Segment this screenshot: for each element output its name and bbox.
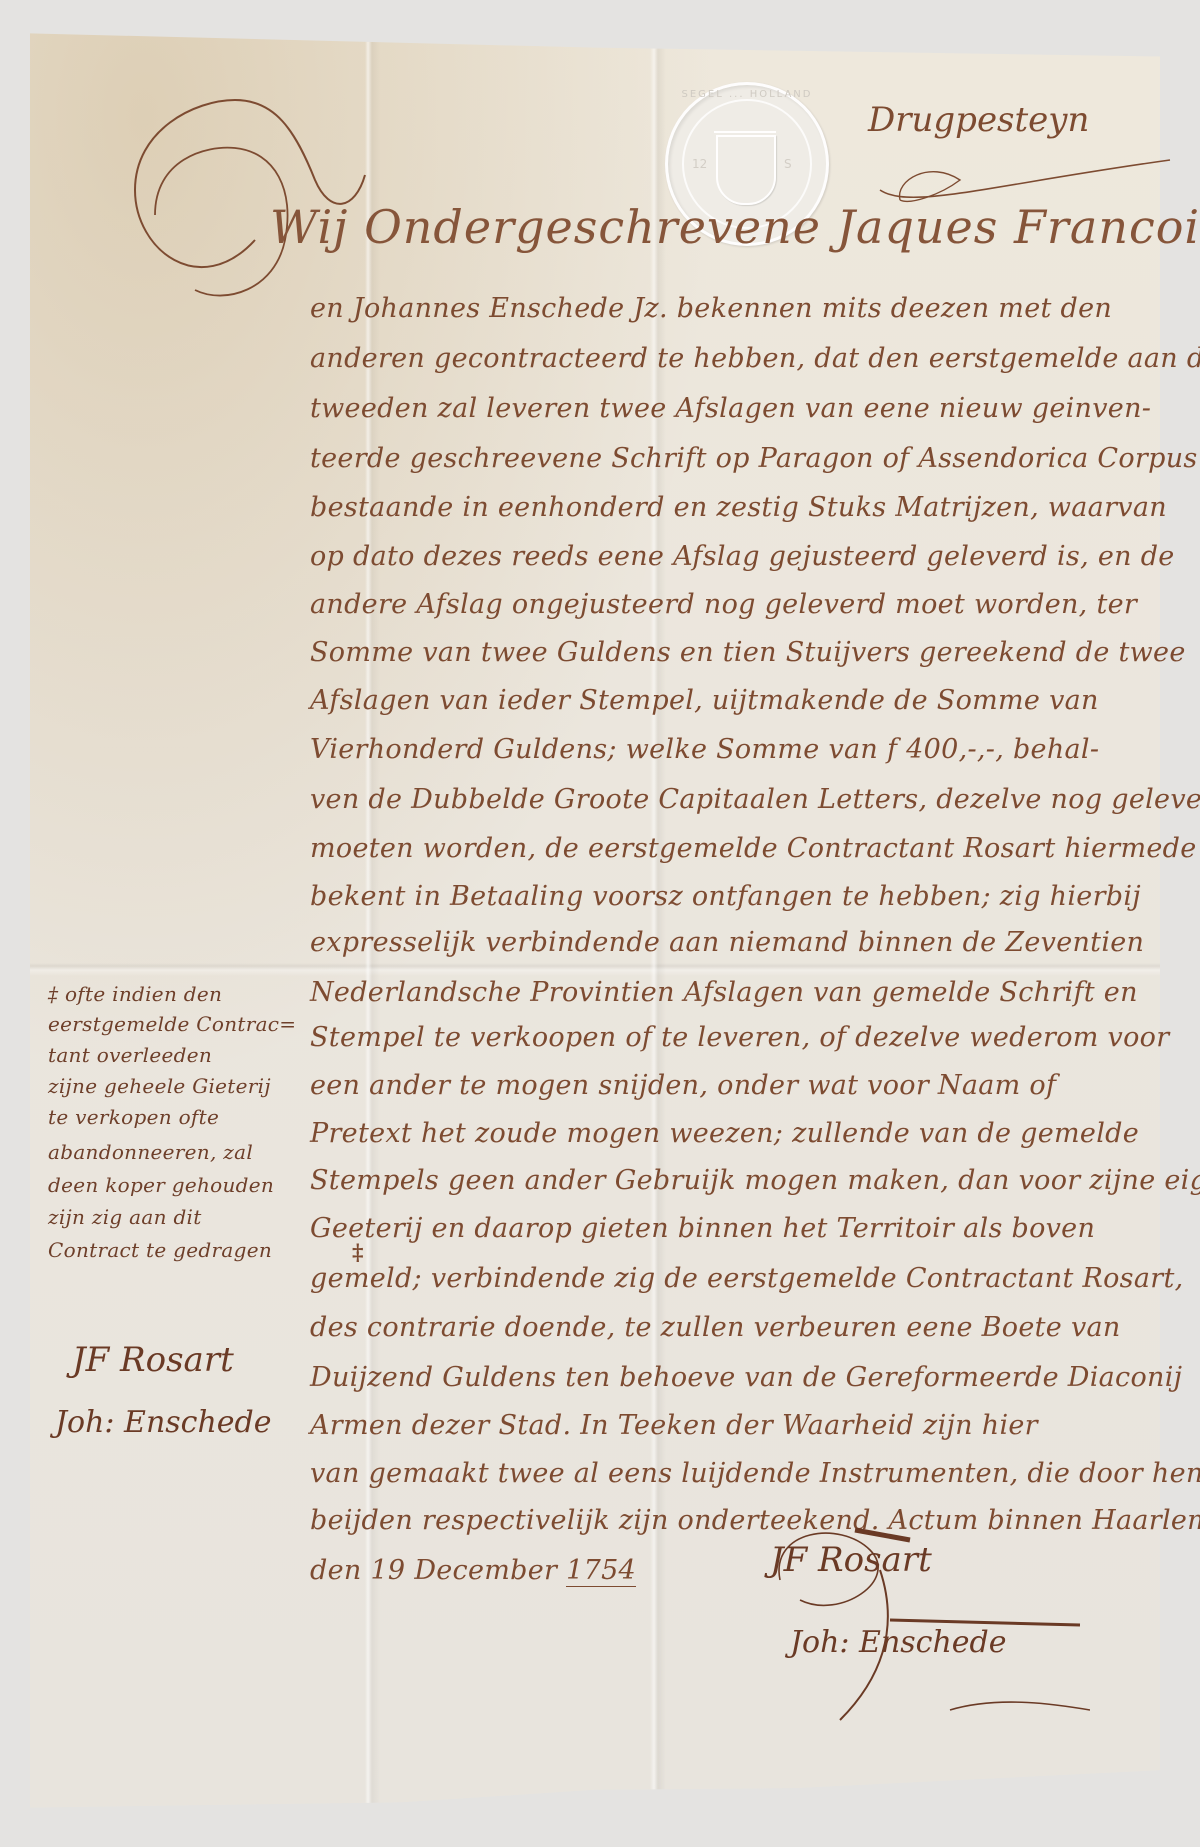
body-line: bestaande in eenhonderd en zestig Stuks … bbox=[310, 492, 1167, 523]
top-annotation: Drugpesteyn bbox=[868, 100, 1089, 140]
body-line: een ander te mogen snijden, onder wat vo… bbox=[310, 1070, 1056, 1101]
margin-note-line: zijn zig aan dit bbox=[48, 1205, 202, 1229]
lion-shield-icon bbox=[716, 135, 776, 205]
date-line: den 19 December 1754 bbox=[310, 1555, 636, 1586]
body-line: Nederlandsche Provintien Afslagen van ge… bbox=[310, 977, 1138, 1008]
margin-note-line: Contract te gedragen bbox=[48, 1238, 272, 1262]
body-line: bekent in Betaaling voorsz ontfangen te … bbox=[310, 881, 1141, 912]
body-line: expresselijk verbindende aan niemand bin… bbox=[310, 927, 1144, 958]
margin-note-line: eerstgemelde Contrac= bbox=[48, 1012, 296, 1036]
body-line: Duijzend Guldens ten behoeve van de Gere… bbox=[310, 1362, 1182, 1393]
body-line: andere Afslag ongejusteerd nog geleverd … bbox=[310, 589, 1137, 620]
body-line: Somme van twee Guldens en tien Stuijvers… bbox=[310, 637, 1186, 668]
body-line: en Johannes Enschede Jz. bekennen mits d… bbox=[310, 293, 1112, 324]
document-heading: Wij Ondergeschrevene Jaques Francois Ros… bbox=[270, 200, 1200, 254]
body-line: gemeld; verbindende zig de eerstgemelde … bbox=[310, 1263, 1183, 1294]
seal-legend: SEGEL ... HOLLAND bbox=[668, 89, 826, 100]
body-line: van gemaakt twee al eens luijdende Instr… bbox=[310, 1458, 1200, 1489]
body-line: Vierhonderd Guldens; welke Somme van f 4… bbox=[310, 734, 1099, 765]
body-line: Pretext het zoude mogen weezen; zullende… bbox=[310, 1118, 1139, 1149]
body-line: Stempels geen ander Gebruijk mogen maken… bbox=[310, 1165, 1200, 1196]
body-line: Stempel te verkoopen of te leveren, of d… bbox=[310, 1022, 1169, 1053]
date-day: 19 bbox=[370, 1555, 405, 1586]
date-year: 1754 bbox=[566, 1555, 636, 1587]
margin-note-line: tant overleeden bbox=[48, 1043, 212, 1067]
margin-signature-enschede: Joh: Enschede bbox=[55, 1405, 272, 1440]
seal-value-left: 12 bbox=[692, 157, 707, 171]
date-month: December bbox=[414, 1555, 557, 1586]
body-line: tweeden zal leveren twee Afslagen van ee… bbox=[310, 393, 1151, 424]
flourish-ornament bbox=[115, 90, 395, 300]
margin-note-line: zijne geheele Gieterij bbox=[48, 1074, 271, 1098]
insertion-marker: ‡ bbox=[352, 1240, 364, 1266]
body-line: Geeterij en daarop gieten binnen het Ter… bbox=[310, 1213, 1095, 1244]
seal-value-right: S bbox=[784, 157, 792, 171]
date-prefix: den bbox=[310, 1555, 362, 1586]
crown-icon bbox=[714, 109, 776, 133]
body-line: op dato dezes reeds eene Afslag gejustee… bbox=[310, 541, 1175, 572]
margin-note-line: te verkopen ofte bbox=[48, 1105, 219, 1129]
body-line: ven de Dubbelde Groote Capitaalen Letter… bbox=[310, 784, 1200, 815]
margin-note-line: abandonneeren, zal bbox=[48, 1140, 253, 1164]
margin-note-line: ‡ ofte indien den bbox=[48, 982, 222, 1006]
body-line: Armen dezer Stad. In Teeken der Waarheid… bbox=[310, 1410, 1038, 1441]
body-line: anderen gecontracteerd te hebben, dat de… bbox=[310, 343, 1200, 374]
signature-flourish bbox=[760, 1510, 1090, 1730]
body-line: des contrarie doende, te zullen verbeure… bbox=[310, 1312, 1121, 1343]
body-line: Afslagen van ieder Stempel, uijtmakende … bbox=[310, 685, 1099, 716]
margin-signature-rosart: JF Rosart bbox=[72, 1340, 234, 1380]
margin-note-line: deen koper gehouden bbox=[48, 1173, 274, 1197]
body-line: moeten worden, de eerstgemelde Contracta… bbox=[310, 833, 1197, 864]
body-line: teerde geschreevene Schrift op Paragon o… bbox=[310, 443, 1198, 474]
